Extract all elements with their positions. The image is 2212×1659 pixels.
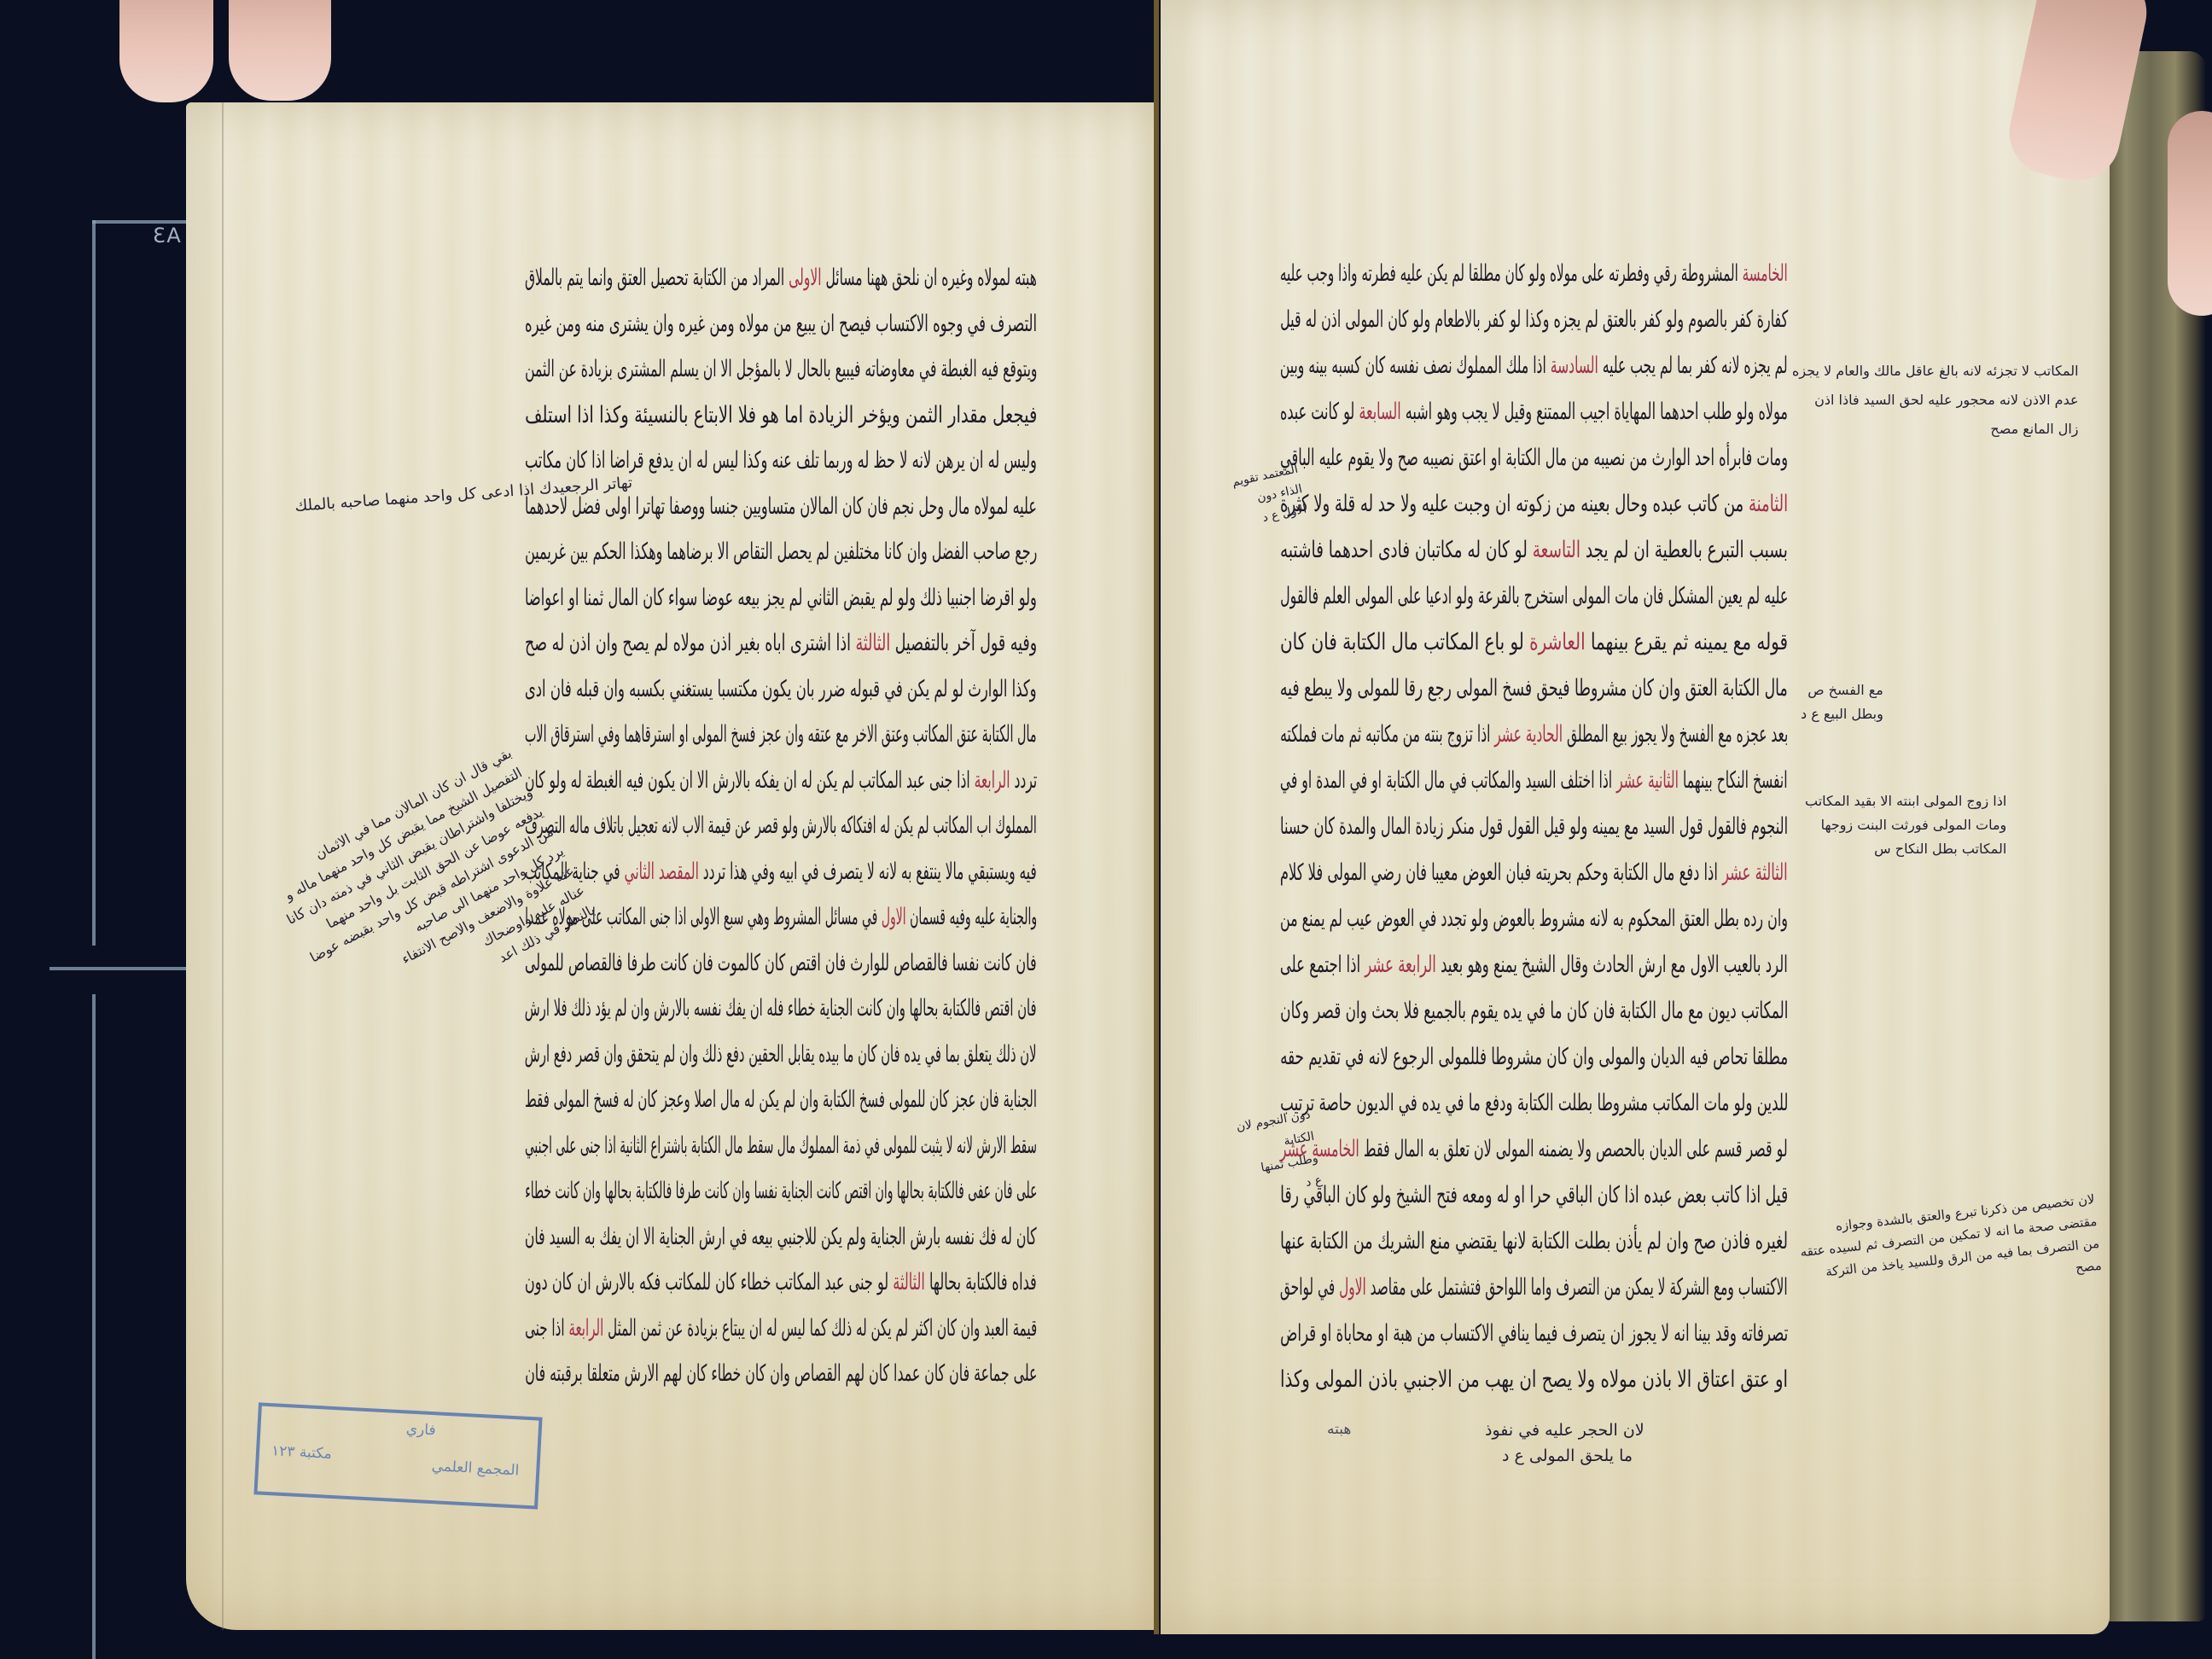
- book-spine: [1154, 0, 1159, 1634]
- margin-note-line: عدم الاذن لانه محجور عليه لحق السيد فاذا…: [1792, 386, 2079, 415]
- line-text: فان كانت نفسا فالقصاص للوارث فان اقتص كا…: [525, 950, 1037, 976]
- stamp-line-1: فاري: [405, 1420, 436, 1439]
- margin-note-right-mid1: مع الفسخ صوبطل البيع ع د: [1801, 678, 1883, 726]
- rubric-heading: الرابعة: [974, 767, 1010, 794]
- rubric-heading: الاولى: [789, 265, 821, 291]
- manuscript-line: قوله مع يمينه ثم يقرع بينهما العاشرة لو …: [1280, 629, 1788, 655]
- manuscript-line: على جماعة فان كان عمدا كان لهم القصاص وا…: [525, 1360, 1037, 1387]
- manuscript-line: مطلقا تحاص فيه الديان والمولى وان كان مش…: [1280, 1044, 1788, 1070]
- line-text: وكذا الوارث لو لم يكن في قبوله ضرر بان ي…: [525, 676, 1037, 702]
- line-text: سقط الارش لانه لا يثبت للمولى في ذمة الم…: [525, 1132, 1037, 1159]
- manuscript-line: فان اقتص فالكتابة بحالها وان كانت الجناي…: [525, 995, 1037, 1022]
- manuscript-line: قيل اذا كاتب بعض عبده اذا كان الباقي حرا…: [1280, 1182, 1788, 1208]
- manuscript-line: ومات فابرأه احد الوارث من نصيبه من مال ا…: [1280, 445, 1788, 471]
- margin-note-line: ومات المولى فورثت البنت زوجها: [1805, 813, 2006, 837]
- manuscript-line: فان كانت نفسا فالقصاص للوارث فان اقتص كا…: [525, 950, 1037, 976]
- margin-note-right-mid2: اذا زوج المولى ابنته الا بقيد المكاتبوما…: [1805, 789, 2006, 861]
- finger-left-2: [229, 0, 331, 101]
- line-text: المكاتب ديون مع مال الكتابة فان كان ما ف…: [1280, 998, 1788, 1024]
- rubric-heading: الاول: [882, 904, 906, 930]
- line-text: الاكتساب ومع الشركة لا يمكن من التصرف وا…: [1366, 1274, 1788, 1301]
- rubric-heading: الثالثة: [855, 630, 890, 656]
- manuscript-line: وكذا الوارث لو لم يكن في قبوله ضرر بان ي…: [525, 676, 1037, 702]
- line-text: مطلقا تحاص فيه الديان والمولى وان كان مش…: [1280, 1044, 1788, 1070]
- manuscript-line: التصرف في وجوه الاكتساب فيصح ان يبيع من …: [525, 311, 1037, 337]
- scale-grid-vertical-top: [92, 220, 96, 946]
- manuscript-line: الجناية فان عجز كان للمولى فسخ الكتابة و…: [525, 1086, 1037, 1113]
- line-text: بعد عجزه مع الفسخ ولا يجوز بيع المطلق: [1563, 721, 1788, 748]
- line-text: قيمة العبد وان كان اكثر لم يكن له ذلك كم…: [603, 1315, 1037, 1342]
- line-text: بسبب التبرع بالعطية ان لم يجد: [1580, 537, 1788, 563]
- manuscript-line: الخامسة المشروطة رقي وفطرته على مولاه ول…: [1280, 260, 1788, 287]
- line-text: مال الكتابة عتق المكاتب وعتق الاخر مع عت…: [525, 721, 1037, 748]
- manuscript-line: لغيره فاذن صح وان لم يأذن بطلت الكتابة ل…: [1280, 1228, 1788, 1254]
- manuscript-line: قيمة العبد وان كان اكثر لم يكن له ذلك كم…: [525, 1315, 1037, 1342]
- manuscript-line: وفيه قول آخر بالتفصيل الثالثة اذا اشترى …: [525, 630, 1037, 656]
- line-text: او عتق اعتاق الا باذن مولاه ولا يصح ان ي…: [1280, 1366, 1788, 1393]
- footer-signature-line-2: ما يلحق المولى ع د: [1502, 1447, 1633, 1465]
- rubric-heading: الحادية عشر: [1494, 721, 1563, 748]
- manuscript-line: رجع صاحب الفضل وان كانا مختلفين لم يحصل …: [525, 538, 1037, 565]
- line-text: رجع صاحب الفضل وان كانا مختلفين لم يحصل …: [525, 538, 1037, 565]
- line-text: فيجعل مقدار الثمن ويؤخر الزيادة اما هو ف…: [525, 402, 1037, 428]
- rubric-heading: السادسة: [1551, 352, 1598, 379]
- finger-left-1: [119, 0, 213, 102]
- margin-note-right-inner: دون النجوم لانالكتابةوطلب ثمنهاع د: [1235, 1103, 1324, 1204]
- line-text: اذا دفع مال الكتابة وحكم بحريته فبان الع…: [1280, 859, 1722, 886]
- manuscript-line: الثامنة من كاتب عبده وحال بعينه من زكوته…: [1280, 491, 1788, 517]
- manuscript-line: ولو اقرضا اجنبيا ذلك ولو لم يقبض الثاني …: [525, 585, 1037, 611]
- manuscript-line: مال الكتابة العتق وان كان مشروطا فيحق فس…: [1280, 675, 1788, 701]
- rubric-heading: التاسعة: [1533, 537, 1580, 563]
- manuscript-line: بسبب التبرع بالعطية ان لم يجد التاسعة لو…: [1280, 537, 1788, 563]
- manuscript-line: للدين ولو مات المكاتب مشروطا بطلت الكتاب…: [1280, 1090, 1788, 1116]
- stamp-line-3: مكتبة ١٢٣: [271, 1442, 333, 1463]
- library-stamp: فاري المجمع العلمي مكتبة ١٢٣: [253, 1402, 542, 1509]
- left-page-text: هبته لمولاه وغيره ان نلحق ههنا مسائل الا…: [525, 265, 1037, 1408]
- footer-signature-line-1: لان الحجر عليه في نفوذ: [1485, 1421, 1644, 1440]
- line-text: اذا تزوج بنته من مكاتبه ثم مات فملكته: [1280, 721, 1494, 748]
- line-text: للدين ولو مات المكاتب مشروطا بطلت الكتاب…: [1280, 1090, 1788, 1116]
- line-text: تصرفاته وقد بينا انه لا يجوز ان يتصرف في…: [1280, 1320, 1788, 1347]
- line-text: فيه ويستبقي مالا ينتفع به لانه لا يتصرف …: [699, 859, 1037, 885]
- line-text: ومات فابرأه احد الوارث من نصيبه من مال ا…: [1280, 445, 1788, 471]
- manuscript-line: المملوك اب المكاتب لم يكن له افتكاكه بال…: [525, 812, 1037, 839]
- line-text: انفسخ النكاح بينهما: [1679, 767, 1788, 794]
- manuscript-line: عليه لم يعين المشكل فان مات المولى استخر…: [1280, 583, 1788, 609]
- line-text: لو باع المكاتب مال الكتابة فان كان: [1280, 629, 1529, 655]
- line-text: هبته لمولاه وغيره ان نلحق ههنا مسائل: [822, 265, 1037, 291]
- left-page-fold: [222, 102, 224, 1630]
- manuscript-line: سقط الارش لانه لا يثبت للمولى في ذمة الم…: [525, 1132, 1037, 1159]
- line-text: وليس له ان يرهن لانه لا حظ له وربما تلف …: [525, 447, 1037, 474]
- manuscript-line: فيه ويستبقي مالا ينتفع به لانه لا يتصرف …: [525, 859, 1037, 885]
- margin-note-line: مع الفسخ ص: [1801, 678, 1883, 702]
- manuscript-line: فيجعل مقدار الثمن ويؤخر الزيادة اما هو ف…: [525, 402, 1037, 428]
- line-text: وان رده بطل العتق المحكوم به لانه مشروط …: [1280, 905, 1788, 932]
- manuscript-line: كان له فك نفسه بارش الجناية ولم يكن للاج…: [525, 1224, 1037, 1250]
- manuscript-line: الاكتساب ومع الشركة لا يمكن من التصرف وا…: [1280, 1274, 1788, 1301]
- line-text: كفارة كفر بالصوم ولو كفر بالعتق لم يجزه …: [1280, 306, 1788, 333]
- manuscript-line: انفسخ النكاح بينهما الثانية عشر اذا اختل…: [1280, 767, 1788, 794]
- manuscript-line: المكاتب ديون مع مال الكتابة فان كان ما ف…: [1280, 998, 1788, 1024]
- stamp-line-2: المجمع العلمي: [431, 1458, 520, 1479]
- right-page-text: الخامسة المشروطة رقي وفطرته على مولاه ول…: [1280, 260, 1788, 1412]
- line-text: مال الكتابة العتق وان كان مشروطا فيحق فس…: [1280, 675, 1788, 701]
- line-text: قيل اذا كاتب بعض عبده اذا كان الباقي حرا…: [1280, 1182, 1788, 1208]
- line-text: النجوم فالقول قول السيد مع يمينه ولو قيل…: [1280, 813, 1788, 840]
- line-text: لو كانت عبده: [1280, 399, 1359, 425]
- rubric-heading: الرابعة عشر: [1365, 952, 1436, 978]
- margin-note-line: المكاتب لا تجزئه لانه بالغ عاقل مالك وال…: [1792, 357, 2079, 386]
- rubric-heading: الاول: [1339, 1274, 1366, 1301]
- line-text: فداه فالكتابة بحالها: [925, 1269, 1037, 1295]
- line-text: اذا اختلف السيد والمكاتب في مال الكتابة …: [1280, 767, 1616, 794]
- manuscript-line: مولاه ولو طلب احدهما المهاياة اجيب الممت…: [1280, 399, 1788, 425]
- rubric-heading: الثانية عشر: [1617, 767, 1679, 794]
- line-text: تردد: [1010, 767, 1037, 794]
- rubric-heading: المقصد الثاني: [625, 859, 699, 885]
- line-text: اذا جنى: [525, 1315, 568, 1342]
- rubric-heading: السابعة: [1359, 399, 1400, 425]
- line-text: مولاه ولو طلب احدهما المهاياة اجيب الممت…: [1401, 399, 1788, 425]
- rubric-heading: الخامسة: [1743, 260, 1788, 287]
- manuscript-line: الرد بالعيب الاول مع ارش الحادث وقال الش…: [1280, 952, 1788, 978]
- line-text: لم يجزه لانه كفر بما لم يجب عليه: [1598, 352, 1788, 379]
- line-text: كان له فك نفسه بارش الجناية ولم يكن للاج…: [525, 1224, 1037, 1250]
- margin-note-line: اذا زوج المولى ابنته الا بقيد المكاتب: [1805, 789, 2006, 813]
- manuscript-line: او عتق اعتاق الا باذن مولاه ولا يصح ان ي…: [1280, 1366, 1788, 1393]
- manuscript-line: لم يجزه لانه كفر بما لم يجب عليه السادسة…: [1280, 352, 1788, 379]
- margin-note-line: زال المانع مصح: [1792, 415, 2079, 444]
- finger-right-2: [2168, 111, 2212, 316]
- line-text: على جماعة فان كان عمدا كان لهم القصاص وا…: [525, 1360, 1037, 1387]
- scale-grid-vertical-bottom: [92, 994, 96, 1659]
- line-text: المراد من الكتابة تحصيل العتق وانما يتم …: [525, 265, 789, 291]
- scale-grid-horizontal-mid: [49, 967, 188, 970]
- line-text: اذا اجتمع على: [1280, 952, 1365, 978]
- manuscript-line: بعد عجزه مع الفسخ ولا يجوز بيع المطلق ال…: [1280, 721, 1788, 748]
- line-text: قوله مع يمينه ثم يقرع بينهما: [1586, 629, 1788, 655]
- manuscript-line: فداه فالكتابة بحالها الثالثة لو جنى عبد …: [525, 1269, 1037, 1295]
- line-text: على فان عفى فالكتابة بحالها وان اقتص كان…: [525, 1178, 1037, 1204]
- manuscript-line: لان ذلك يتعلق بما في يده فان كان ما بيده…: [525, 1041, 1037, 1068]
- line-text: وفيه قول آخر بالتفصيل: [890, 630, 1037, 656]
- rubric-heading: العاشرة: [1529, 629, 1585, 655]
- line-text: لغيره فاذن صح وان لم يأذن بطلت الكتابة ل…: [1280, 1228, 1788, 1254]
- manuscript-line: مال الكتابة عتق المكاتب وعتق الاخر مع عت…: [525, 721, 1037, 748]
- manuscript-line: على فان عفى فالكتابة بحالها وان اقتص كان…: [525, 1178, 1037, 1204]
- manuscript-line: والجناية عليه وفيه قسمان الاول في مسائل …: [525, 904, 1037, 930]
- line-text: من كاتب عبده وحال بعينه من زكوته ان وجبت…: [1280, 491, 1749, 517]
- line-text: والجناية عليه وفيه قسمان: [905, 904, 1037, 930]
- line-text: في لواحق: [1280, 1274, 1339, 1301]
- rubric-heading: الثالثة: [894, 1269, 926, 1295]
- line-text: الرد بالعيب الاول مع ارش الحادث وقال الش…: [1436, 952, 1788, 978]
- manuscript-line: تصرفاته وقد بينا انه لا يجوز ان يتصرف في…: [1280, 1320, 1788, 1347]
- manuscript-line: النجوم فالقول قول السيد مع يمينه ولو قيل…: [1280, 813, 1788, 840]
- line-text: المملوك اب المكاتب لم يكن له افتكاكه بال…: [525, 812, 1037, 839]
- line-text: لو قصر قسم على الديان بالحصص ولا يضمنه ا…: [1359, 1136, 1788, 1162]
- line-text: ويتوقع فيه الغبطة في معاوضاته فيبيع بالح…: [525, 356, 1037, 382]
- line-text: اذا ملك المملوك نصف نفسه كان كسبه بينه و…: [1280, 352, 1551, 379]
- manuscript-line: ويتوقع فيه الغبطة في معاوضاته فيبيع بالح…: [525, 356, 1037, 382]
- line-text: لو كان له مكاتبان فادى احدهما فاشتبه: [1280, 537, 1533, 563]
- footer-word: هبته: [1327, 1421, 1351, 1438]
- rubric-heading: الرابعة: [568, 1315, 603, 1342]
- rubric-heading: الثالثة عشر: [1722, 859, 1788, 886]
- manuscript-line: كفارة كفر بالصوم ولو كفر بالعتق لم يجزه …: [1280, 306, 1788, 333]
- margin-note-line: وبطل البيع ع د: [1801, 702, 1883, 726]
- line-text: لو جنى عبد المكاتب خطاء كان للمكاتب فكه …: [525, 1269, 893, 1295]
- manuscript-line: تردد الرابعة اذا جنى عبد المكاتب لم يكن …: [525, 767, 1037, 794]
- line-text: ولو اقرضا اجنبيا ذلك ولو لم يقبض الثاني …: [525, 585, 1037, 611]
- margin-note-right-top: المكاتب لا تجزئه لانه بالغ عاقل مالك وال…: [1792, 357, 2079, 444]
- manuscript-line: الثالثة عشر اذا دفع مال الكتابة وحكم بحر…: [1280, 859, 1788, 886]
- line-text: اذا اشترى اباه بغير اذن مولاه لم يصح وان…: [525, 630, 855, 656]
- line-text: اذا جنى عبد المكاتب لم يكن له ان يفكه با…: [525, 767, 975, 794]
- line-text: عليه لم يعين المشكل فان مات المولى استخر…: [1280, 583, 1788, 609]
- rubric-heading: الثامنة: [1749, 491, 1788, 517]
- manuscript-line: هبته لمولاه وغيره ان نلحق ههنا مسائل الا…: [525, 265, 1037, 291]
- manuscript-line: لو قصر قسم على الديان بالحصص ولا يضمنه ا…: [1280, 1136, 1788, 1162]
- manuscript-line: وليس له ان يرهن لانه لا حظ له وربما تلف …: [525, 447, 1037, 474]
- line-text: لان ذلك يتعلق بما في يده فان كان ما بيده…: [525, 1041, 1037, 1068]
- line-text: التصرف في وجوه الاكتساب فيصح ان يبيع من …: [525, 311, 1037, 337]
- scale-label: A3: [152, 224, 181, 247]
- margin-note-line: المكاتب بطل النكاح س: [1805, 837, 2006, 861]
- manuscript-line: وان رده بطل العتق المحكوم به لانه مشروط …: [1280, 905, 1788, 932]
- line-text: الجناية فان عجز كان للمولى فسخ الكتابة و…: [525, 1086, 1037, 1113]
- line-text: فان اقتص فالكتابة بحالها وان كانت الجناي…: [525, 995, 1037, 1022]
- line-text: المشروطة رقي وفطرته على مولاه ولو كان مط…: [1280, 260, 1743, 287]
